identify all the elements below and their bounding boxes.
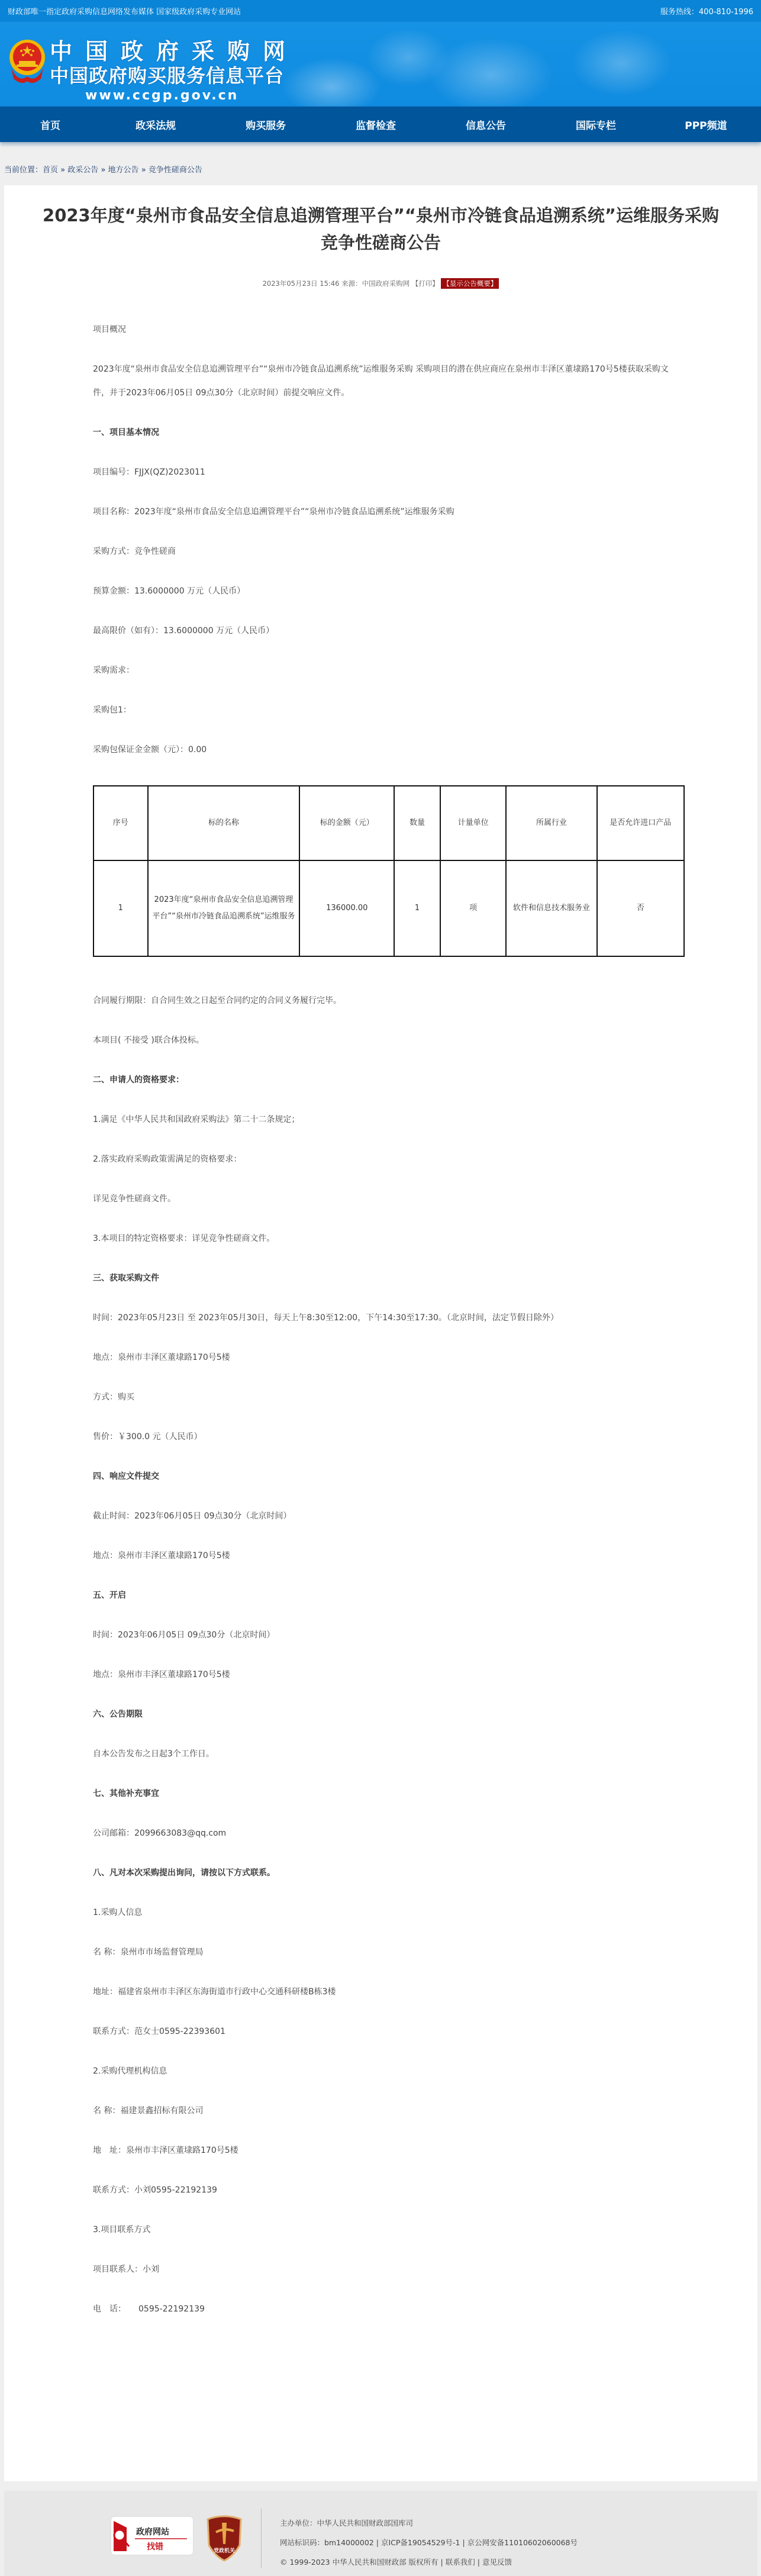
footer-separator: |: [441, 2558, 443, 2567]
agent-title: 2.采购代理机构信息: [93, 2059, 669, 2083]
table-cell-amount: 136000.00: [299, 860, 394, 956]
report-error-badge[interactable]: 政府网站 找错: [111, 2516, 194, 2555]
docs-place: 地点：泉州市丰泽区董埭路170号5楼: [93, 1346, 669, 1369]
section-heading: 八、凡对本次采购提出询问，请按以下方式联系。: [93, 1861, 669, 1885]
project-number: 项目编号：FJJX(QZ)2023011: [93, 460, 669, 484]
section-heading: 六、公告期限: [93, 1703, 669, 1726]
print-link[interactable]: 【打印】: [412, 279, 439, 288]
footer-police-link[interactable]: 京公网安备11010602060068号: [467, 2538, 578, 2547]
buyer-address: 地址：福建省泉州市丰泽区东海街道市行政中心交通科研楼B栋3楼: [93, 1980, 669, 2004]
show-summary-button[interactable]: 【显示公告概要】: [441, 278, 499, 289]
footer-separator: |: [478, 2558, 480, 2567]
deposit-amount: 采购包保证金金额（元）：0.00: [93, 738, 669, 762]
project-contact-title: 3.项目联系方式: [93, 2218, 669, 2242]
table-header-cell: 所属行业: [506, 786, 596, 860]
purchase-requirement: 采购需求：: [93, 659, 669, 682]
buyer-name: 名 称：泉州市市场监督管理局: [93, 1940, 669, 1964]
nav-item-ppp[interactable]: PPP频道: [651, 117, 761, 132]
table-cell-qty: 1: [394, 860, 440, 956]
agent-name: 名 称：福建景鑫招标有限公司: [93, 2099, 669, 2123]
site-footer: 政府网站 找错 党政机关 主办单位：中华人民共和国财政部国库司 网站标识码：bm…: [4, 2491, 757, 2576]
breadcrumb-home[interactable]: 首页: [43, 166, 58, 175]
docs-price: 售价：￥300.0 元（人民币）: [93, 1425, 669, 1449]
agent-address: 地 址：泉州市丰泽区董埭路170号5楼: [93, 2139, 669, 2162]
top-bar: 财政部唯一指定政府采购信息网络发布媒体 国家级政府采购专业网站 服务热线：400…: [0, 0, 761, 22]
items-table: 序号 标的名称 标的金额（元） 数量 计量单位 所属行业 是否允许进口产品 1 …: [93, 785, 685, 957]
company-email: 公司邮箱：2099663083@qq.com: [93, 1821, 669, 1845]
breadcrumb-separator: »: [60, 166, 65, 175]
magnifier-flag-icon: 政府网站 找错: [111, 2517, 194, 2556]
contract-period: 合同履行期限：自合同生效之日起至合同约定的合同义务履行完毕。: [93, 989, 669, 1013]
site-subtitle: 中国政府购买服务信息平台: [50, 65, 298, 87]
breadcrumb-separator: »: [141, 166, 146, 175]
table-header-cell: 是否允许进口产品: [597, 786, 684, 860]
buyer-contact: 联系方式：范女士0595-22393601: [93, 2020, 669, 2043]
footer-sponsor: 主办单位：中华人民共和国财政部国库司: [280, 2513, 578, 2533]
footer-registration: 网站标识码：bm14000002 | 京ICP备19054529号-1 | 京公…: [280, 2533, 578, 2552]
article-panel: 2023年度“泉州市食品安全信息追溯管理平台”“泉州市冷链食品追溯系统”运维服务…: [4, 185, 757, 2481]
section-heading: 二、申请人的资格要求：: [93, 1068, 669, 1092]
nav-item-purchase-services[interactable]: 购买服务: [211, 117, 321, 132]
breadcrumb-gov-announcements[interactable]: 政采公告: [67, 166, 98, 175]
publish-date: 2023年05月23日 15:46: [263, 279, 340, 288]
table-cell-import: 否: [597, 860, 684, 956]
badge-text-1: 政府网站: [136, 2527, 169, 2537]
site-slogan: 财政部唯一指定政府采购信息网络发布媒体 国家级政府采购专业网站: [8, 5, 241, 17]
section-heading: 三、获取采购文件: [93, 1266, 669, 1290]
table-header-cell: 序号: [93, 786, 148, 860]
article-source: 来源：中国政府采购网: [341, 279, 409, 288]
purchase-method: 采购方式：竞争性磋商: [93, 540, 669, 563]
nav-item-international[interactable]: 国际专栏: [541, 117, 651, 132]
table-header-cell: 标的名称: [148, 786, 300, 860]
docs-time: 时间：2023年05月23日 至 2023年05月30日，每天上午8:30至12…: [93, 1306, 669, 1330]
table-cell-name: 2023年度“泉州市食品安全信息追溯管理平台”“泉州市冷链食品追溯系统”运维服务: [148, 860, 300, 956]
article-meta: 2023年05月23日 15:46 来源：中国政府采购网 【打印】 【显示公告概…: [4, 279, 757, 288]
footer-separator: |: [462, 2538, 465, 2547]
overview-text: 2023年度“泉州市食品安全信息追溯管理平台”“泉州市冷链食品追溯系统”运维服务…: [93, 357, 669, 405]
party-gov-shield-icon: 党政机关: [204, 2514, 244, 2562]
overview-label: 项目概况: [93, 318, 669, 341]
table-cell-industry: 软件和信息技术服务业: [506, 860, 596, 956]
nav-item-home[interactable]: 首页: [0, 117, 101, 132]
table-cell-unit: 项: [440, 860, 506, 956]
project-contact-phone: 电 话： 0595-22192139: [93, 2297, 669, 2321]
submission-place: 地点：泉州市丰泽区董埭路170号5楼: [93, 1544, 669, 1568]
footer-separator: |: [376, 2538, 379, 2547]
breadcrumb: 当前位置：首页 » 政采公告 » 地方公告 » 竞争性磋商公告: [0, 142, 761, 185]
site-title: 中国政府采购网: [50, 38, 298, 65]
footer-info: 主办单位：中华人民共和国财政部国库司 网站标识码：bm14000002 | 京I…: [280, 2513, 578, 2572]
section-heading: 四、响应文件提交: [93, 1465, 669, 1488]
footer-icp-link[interactable]: 京ICP备19054529号-1: [381, 2538, 460, 2547]
table-header-row: 序号 标的名称 标的金额（元） 数量 计量单位 所属行业 是否允许进口产品: [93, 786, 684, 860]
requirement-2: 2.落实政府采购政策需满足的资格要求：: [93, 1147, 669, 1171]
requirement-1: 1.满足《中华人民共和国政府采购法》第二十二条规定；: [93, 1108, 669, 1131]
footer-copyright: © 1999-2023 中华人民共和国财政部 版权所有: [280, 2558, 438, 2567]
requirement-3: 3.本项目的特定资格要求：详见竞争性磋商文件。: [93, 1227, 669, 1250]
docs-method: 方式：购买: [93, 1385, 669, 1409]
max-price: 最高限价（如有）：13.6000000 万元（人民币）: [93, 619, 669, 643]
national-emblem-icon: [9, 37, 46, 86]
table-row: 1 2023年度“泉州市食品安全信息追溯管理平台”“泉州市冷链食品追溯系统”运维…: [93, 860, 684, 956]
site-url: www.ccgp.gov.cn: [85, 87, 298, 105]
contact-us-link[interactable]: 联系我们: [446, 2558, 475, 2567]
requirement-2-detail: 详见竞争性磋商文件。: [93, 1187, 669, 1211]
breadcrumb-local-announcements[interactable]: 地方公告: [108, 166, 139, 175]
site-banner: 中国政府采购网 中国政府购买服务信息平台 www.ccgp.gov.cn: [0, 22, 761, 107]
breadcrumb-current[interactable]: 竞争性磋商公告: [149, 166, 202, 175]
purchase-package: 采购包1：: [93, 698, 669, 722]
article-content: 项目概况 2023年度“泉州市食品安全信息追溯管理平台”“泉州市冷链食品追溯系统…: [4, 288, 757, 2321]
project-name: 项目名称：2023年度“泉州市食品安全信息追溯管理平台”“泉州市冷链食品追溯系统…: [93, 500, 669, 524]
submission-deadline: 截止时间：2023年06月05日 09点30分（北京时间）: [93, 1504, 669, 1528]
table-header-cell: 计量单位: [440, 786, 506, 860]
article-title: 2023年度“泉州市食品安全信息追溯管理平台”“泉州市冷链食品追溯系统”运维服务…: [4, 191, 757, 256]
shield-text: 党政机关: [214, 2547, 235, 2554]
section-heading: 七、其他补充事宜: [93, 1782, 669, 1806]
table-header-cell: 数量: [394, 786, 440, 860]
project-contact-person: 项目联系人：小刘: [93, 2258, 669, 2281]
main-nav: 首页 政采法规 购买服务 监督检查 信息公告 国际专栏 PPP频道: [0, 107, 761, 142]
breadcrumb-prefix: 当前位置：: [4, 166, 43, 175]
party-gov-badge[interactable]: 党政机关: [204, 2514, 244, 2562]
section-heading: 一、项目基本情况: [93, 421, 669, 444]
footer-site-code: 网站标识码：bm14000002: [280, 2538, 374, 2547]
feedback-link[interactable]: 意见反馈: [482, 2558, 512, 2567]
badge-text-2: 找错: [147, 2542, 163, 2552]
section-heading: 五、开启: [93, 1584, 669, 1607]
breadcrumb-separator: »: [101, 166, 105, 175]
budget-amount: 预算金额：13.6000000 万元（人民币）: [93, 579, 669, 603]
footer-divider: [261, 2509, 262, 2568]
service-hotline: 服务热线：400-810-1996: [660, 5, 753, 17]
nav-item-regulations[interactable]: 政采法规: [101, 117, 211, 132]
nav-item-supervision[interactable]: 监督检查: [321, 117, 431, 132]
footer-copyright-row: © 1999-2023 中华人民共和国财政部 版权所有 | 联系我们 | 意见反…: [280, 2552, 578, 2572]
nav-item-announcements[interactable]: 信息公告: [431, 117, 541, 132]
agent-contact: 联系方式：小刘0595-22192139: [93, 2178, 669, 2202]
opening-time: 时间：2023年06月05日 09点30分（北京时间）: [93, 1623, 669, 1647]
table-header-cell: 标的金额（元）: [299, 786, 394, 860]
table-cell-no: 1: [93, 860, 148, 956]
consortium-note: 本项目( 不接受 )联合体投标。: [93, 1029, 669, 1052]
buyer-title: 1.采购人信息: [93, 1901, 669, 1924]
opening-place: 地点：泉州市丰泽区董埭路170号5楼: [93, 1663, 669, 1687]
announcement-period: 自本公告发布之日起3个工作日。: [93, 1742, 669, 1766]
